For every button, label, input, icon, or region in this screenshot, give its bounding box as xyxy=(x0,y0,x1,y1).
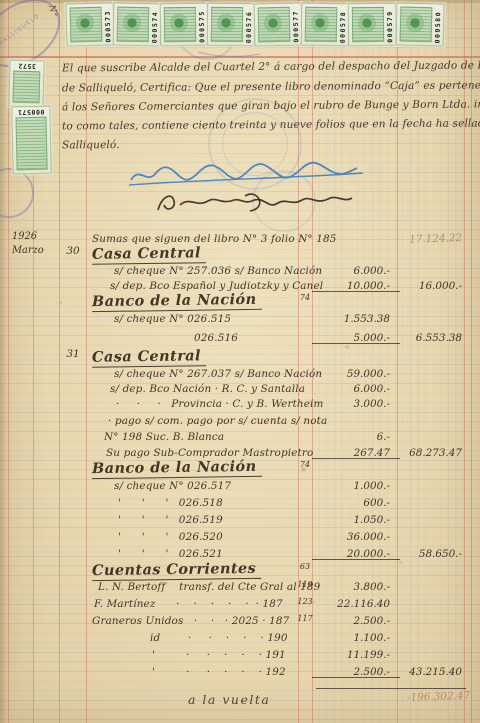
entry-total: 43.215.40 xyxy=(398,666,464,678)
stamp-emblem xyxy=(217,13,235,33)
entry-total: 6.553.38 xyxy=(398,332,464,344)
ledger-row: ' ' ' 026.52036.000.- xyxy=(0,529,480,546)
entry-description: · · · Provincia · C. y B. Wertheim xyxy=(116,398,324,410)
entry-amount: 59.000.- xyxy=(314,368,396,380)
stamp-emblem xyxy=(358,13,376,33)
entry-amount: 22.116.40 xyxy=(314,598,396,610)
revenue-stamp: 000577 xyxy=(254,2,303,46)
ledger-row: L. N. Bertoff transf. del Cte Gral al 18… xyxy=(0,579,480,596)
revenue-stamp: 000571 xyxy=(11,106,51,175)
ledger-row: ' ' ' 026.5191.050.- xyxy=(0,512,480,529)
entry-description: s/ cheque N° 026.515 xyxy=(114,313,231,325)
ledger-row: s/ cheque N° 026.5151.553.38 xyxy=(0,311,480,328)
entry-total: 17.124.22 xyxy=(398,232,464,246)
entry-amount: 1.553.38 xyxy=(314,313,396,325)
sum-rule xyxy=(312,458,400,459)
entry-amount: 3.000.- xyxy=(314,398,396,410)
entry-amount: 6.000.- xyxy=(314,265,396,277)
entry-amount: 2.500.- xyxy=(314,615,396,627)
entry-heading: Banco de la Nación xyxy=(92,458,262,479)
stamp-serial: 000571 xyxy=(14,108,47,117)
ledger-row: · · · Provincia · C. y B. Wertheim3.000.… xyxy=(0,396,480,413)
stain xyxy=(300,466,307,473)
entry-heading: Casa Central xyxy=(92,347,206,368)
entry-amount: 1.100.- xyxy=(314,632,396,644)
entry-description: ' ' ' 026.519 xyxy=(118,514,223,526)
stamp-serial: 000575 xyxy=(198,6,207,43)
entry-description: N° 198 Suc. B. Blanca xyxy=(104,431,224,443)
sum-rule xyxy=(312,291,400,292)
stamp-serial: 000573 xyxy=(104,5,113,42)
entry-description: · pago s/ com. pago por s/ cuenta s/ not… xyxy=(108,415,327,427)
sum-rule xyxy=(312,559,400,560)
entry-description: ' ' ' 026.518 xyxy=(118,497,223,509)
entry-heading: Casa Central xyxy=(92,244,206,265)
ledger-page: SALLIQUELÓ 00057300057400057500057600057… xyxy=(0,0,480,723)
entry-description: s/ cheque N° 257.036 s/ Banco Nación xyxy=(114,265,322,277)
revenue-stamp: 000575 xyxy=(160,3,209,47)
entry-total: 58.650.- xyxy=(398,548,464,560)
stamp-serial: 000579 xyxy=(386,6,394,43)
entry-amount: 600.- xyxy=(314,497,396,509)
stain xyxy=(344,344,350,350)
sum-rule xyxy=(312,343,400,344)
stamp-serial: 000574 xyxy=(151,6,160,43)
signature-black xyxy=(150,186,362,220)
entry-description: s/ dep. Bco Nación · R. C. y Santalla xyxy=(110,383,305,395)
entry-day: 30 xyxy=(60,245,86,257)
stamp-serial: 000578 xyxy=(339,6,348,43)
entry-description: Su pago Sub-Comprador Mastropietro xyxy=(106,447,313,459)
ledger-row: Graneros Unidos · · · 2025 · 1871172.500… xyxy=(0,613,480,630)
carry-forward-label: a la vuelta xyxy=(188,692,270,707)
revenue-stamp: 3572 xyxy=(8,60,44,108)
ledger-row: id · · · · · 1901.100.- xyxy=(0,630,480,647)
entry-description: Graneros Unidos · · · 2025 · 187 xyxy=(92,615,289,627)
entry-total: 16.000.- xyxy=(398,280,464,292)
ledger-row: Banco de la Nación74 xyxy=(0,459,480,476)
revenue-stamp: 000578 xyxy=(301,3,350,47)
entry-amount: 3.800.- xyxy=(314,581,396,593)
stamp-engraving xyxy=(16,117,48,171)
entry-amount: 36.000.- xyxy=(314,531,396,543)
revenue-stamp: 000580 xyxy=(395,2,444,46)
stamp-serial: 3572 xyxy=(12,62,41,71)
stain xyxy=(312,600,316,604)
ledger-row: 31Casa Central xyxy=(0,348,480,365)
entry-description: 026.516 xyxy=(194,332,238,344)
ledger-row: N° 198 Suc. B. Blanca6.- xyxy=(0,429,480,446)
stamp-engraving xyxy=(12,71,40,104)
entry-amount: 6.000.- xyxy=(314,383,396,395)
entry-folio-ref: 63 xyxy=(295,562,315,571)
entry-month: 1926 xyxy=(12,231,58,242)
stamp-serial: 000576 xyxy=(245,6,253,43)
entry-description: ' ' ' 026.521 xyxy=(118,548,223,560)
ledger-row: · pago s/ com. pago por s/ cuenta s/ not… xyxy=(0,413,480,430)
ledger-row: F. Martínez · · · · · · 18712322.116.40 xyxy=(0,596,480,613)
entry-day: 31 xyxy=(60,348,86,360)
entry-amount: 6.- xyxy=(314,431,396,443)
ledger-row: Banco de la Nación74 xyxy=(0,292,480,309)
entry-amount: 11.199.- xyxy=(314,649,396,661)
entry-month: Marzo xyxy=(12,245,58,256)
ledger-row: ' ' ' 026.518600.- xyxy=(0,495,480,512)
sum-rule xyxy=(312,677,400,678)
ledger-row: 026.5165.000.-6.553.38 xyxy=(0,330,480,347)
entry-folio-ref: 119 xyxy=(295,580,315,589)
stamp-serial: 000580 xyxy=(434,6,443,43)
entry-amount: 1.000.- xyxy=(314,480,396,492)
revenue-stamp: 000579 xyxy=(348,3,396,47)
ledger-row: ' · · · · · 1922.500.-43.215.40 xyxy=(0,664,480,681)
ledger-row: s/ cheque N° 026.5171.000.- xyxy=(0,478,480,495)
entry-heading: Banco de la Nación xyxy=(92,291,262,312)
ledger-row: ' · · · · · 19111.199.- xyxy=(0,647,480,664)
stain xyxy=(58,300,63,305)
entry-description: F. Martínez · · · · · · 187 xyxy=(94,598,283,610)
entry-description: s/ cheque N° 267.037 s/ Banco Nación xyxy=(114,368,322,380)
entry-description: s/ dep. Bco Español y Judiotzky y Canel xyxy=(110,280,323,292)
entry-description: ' ' ' 026.520 xyxy=(118,531,223,543)
stain xyxy=(398,560,403,565)
entry-folio-ref: 74 xyxy=(295,293,315,302)
closing-rule xyxy=(316,688,466,689)
entry-description: Sumas que siguen del libro N° 3 folio N°… xyxy=(92,233,337,245)
entry-heading: Cuentas Corrientes xyxy=(92,560,261,581)
revenue-stamp: 000573 xyxy=(65,2,114,46)
ledger-row: Cuentas Corrientes63 xyxy=(0,561,480,578)
entry-description: s/ cheque N° 026.517 xyxy=(114,480,231,492)
entry-description: id · · · · · 190 xyxy=(150,632,288,644)
revenue-stamp: 000574 xyxy=(113,3,162,47)
entry-folio-ref: 117 xyxy=(295,614,315,623)
entry-description: ' · · · · · 192 xyxy=(152,666,286,678)
entry-description: L. N. Bertoff transf. del Cte Gral al 18… xyxy=(98,581,320,593)
revenue-stamp: 000576 xyxy=(207,3,256,47)
ledger-row: Marzo30Casa Central xyxy=(0,245,480,262)
entry-description: ' · · · · · 191 xyxy=(152,649,286,661)
entry-amount: 1.050.- xyxy=(314,514,396,526)
entry-total: 68.273.47 xyxy=(398,447,464,459)
stamp-serial: 000577 xyxy=(292,6,301,43)
